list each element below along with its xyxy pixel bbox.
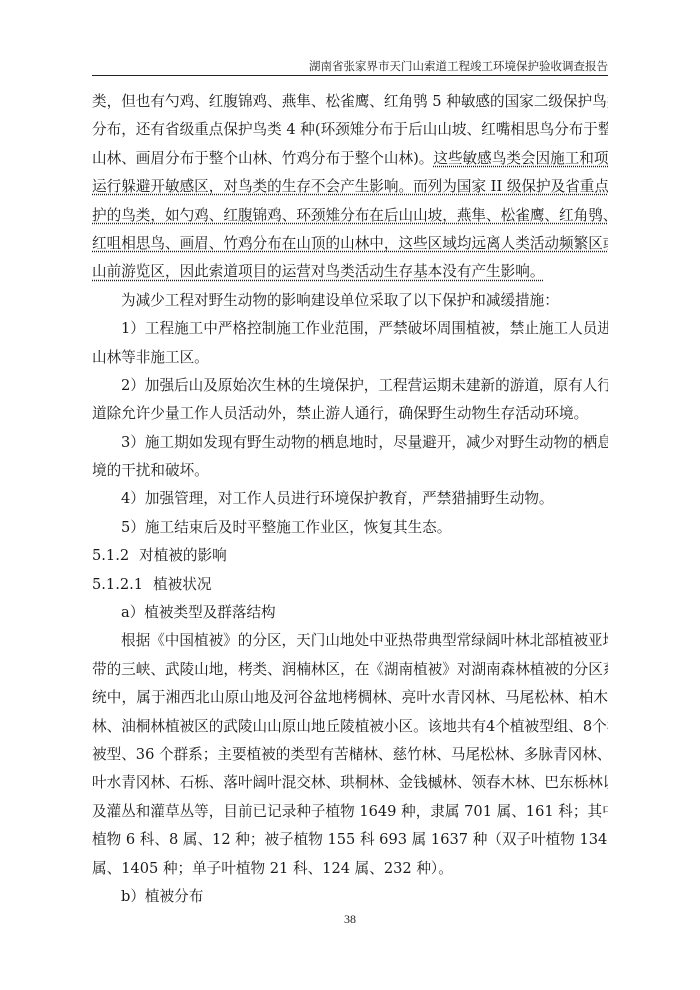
underlined-text: 护的鸟类，如勺鸡、红腹锦鸡、环颈雉分布在后山山坡，燕隼、松雀鹰、红角鸮、 <box>92 207 608 224</box>
running-header: 湖南省张家界市天门山索道工程竣工环境保护验收调查报告 <box>92 59 608 76</box>
body-text: 类，但也有勺鸡、红腹锦鸡、燕隼、松雀鹰、红角鸮 5 种敏感的国家二级保护鸟类 分… <box>92 88 608 911</box>
paragraph-line: 带的三峡、武陵山地，栲类、润楠林区，在《湖南植被》对湖南森林植被的分区系 <box>92 656 608 684</box>
paragraph-text: 山林、画眉分布于整个山林、竹鸡分布于整个山林)。 <box>92 150 433 167</box>
section-number: 5.1.2 <box>92 542 129 570</box>
paragraph-line: 叶水青冈林、石栎、落叶阔叶混交林、珙桐林、金钱槭林、领春木林、巴东栎林以 <box>92 769 608 797</box>
paragraph-line: 红咀相思鸟、画眉、竹鸡分布在山顶的山林中，这些区域均远离人类活动频繁区或 <box>92 230 608 258</box>
subheading-a: a）植被类型及群落结构 <box>92 599 608 627</box>
paragraph-line: 属、1405 种；单子叶植物 21 科、124 属、232 种）。 <box>92 855 608 883</box>
measures-intro: 为减少工程对野生动物的影响建设单位采取了以下保护和减缓措施： <box>92 287 608 315</box>
paragraph-line: 运行躲避开敏感区，对鸟类的生存不会产生影响。而列为国家 II 级保护及省重点保 <box>92 173 608 201</box>
paragraph-line: 植物 6 科、8 属、12 种；被子植物 155 科 693 属 1637 种（… <box>92 826 608 854</box>
measure-item-3: 3）施工期如发现有野生动物的栖息地时，尽量避开，减少对野生动物的栖息环 <box>92 429 608 457</box>
page-number: 38 <box>0 912 700 927</box>
section-number: 5.1.2.1 <box>92 571 143 599</box>
measure-item-3-cont: 境的干扰和破坏。 <box>92 457 608 485</box>
paragraph-line: 分布，还有省级重点保护鸟类 4 种(环颈雉分布于后山山坡、红嘴相思鸟分布于整个 <box>92 116 608 144</box>
document-page: 湖南省张家界市天门山索道工程竣工环境保护验收调查报告 类，但也有勺鸡、红腹锦鸡、… <box>0 0 700 990</box>
underlined-text: 山前游览区，因此索道项目的运营对鸟类活动生存基本没有产生影响。 <box>92 263 544 280</box>
paragraph-line: 山林、画眉分布于整个山林、竹鸡分布于整个山林)。这些敏感鸟类会因施工和项目 <box>92 145 608 173</box>
report-title: 湖南省张家界市天门山索道工程竣工环境保护验收调查报告 <box>309 59 608 73</box>
paragraph-line: 类，但也有勺鸡、红腹锦鸡、燕隼、松雀鹰、红角鸮 5 种敏感的国家二级保护鸟类 <box>92 88 608 116</box>
section-title: 对植被的影响 <box>139 547 227 564</box>
measure-item-1-cont: 山林等非施工区。 <box>92 344 608 372</box>
section-heading-5-1-2-1: 5.1.2.1植被状况 <box>92 571 608 599</box>
paragraph-line: 被型、36 个群系；主要植被的类型有苦槠林、慈竹林、马尾松林、多脉青冈林、亮 <box>92 741 608 769</box>
measure-item-1: 1）工程施工中严格控制施工作业范围，严禁破坏周围植被，禁止施工人员进入 <box>92 315 608 343</box>
paragraph-line: 护的鸟类，如勺鸡、红腹锦鸡、环颈雉分布在后山山坡，燕隼、松雀鹰、红角鸮、 <box>92 202 608 230</box>
measure-item-4: 4）加强管理，对工作人员进行环境保护教育，严禁猎捕野生动物。 <box>92 485 608 513</box>
underlined-text: 红咀相思鸟、画眉、竹鸡分布在山顶的山林中，这些区域均远离人类活动频繁区或 <box>92 235 608 252</box>
paragraph-line: 山前游览区，因此索道项目的运营对鸟类活动生存基本没有产生影响。 <box>92 258 608 286</box>
measure-item-5: 5）施工结束后及时平整施工作业区，恢复其生态。 <box>92 514 608 542</box>
measure-item-2-cont: 道除允许少量工作人员活动外，禁止游人通行，确保野生动物生存活动环境。 <box>92 400 608 428</box>
paragraph-line: 根据《中国植被》的分区，天门山地处中亚热带典型常绿阔叶林北部植被亚地 <box>92 627 608 655</box>
section-title: 植被状况 <box>153 576 211 593</box>
measure-item-2: 2）加强后山及原始次生林的生境保护，工程营运期未建新的游道，原有人行通 <box>92 372 608 400</box>
paragraph-line: 及灌丛和灌草丛等，目前已记录种子植物 1649 种，隶属 701 属、161 科… <box>92 798 608 826</box>
underlined-text: 运行躲避开敏感区，对鸟类的生存不会产生影响。而列为国家 II 级保护及省重点保 <box>92 178 608 195</box>
section-heading-5-1-2: 5.1.2对植被的影响 <box>92 542 608 570</box>
subheading-b: b）植被分布 <box>92 883 608 911</box>
paragraph-line: 统中，属于湘西北山原山地及河谷盆地栲椆林、亮叶水青冈林、马尾松林、柏木 <box>92 684 608 712</box>
paragraph-line: 林、油桐林植被区的武陵山山原山地丘陵植被小区。该地共有4个植被型组、8个植 <box>92 713 608 741</box>
underlined-text: 这些敏感鸟类会因施工和项目 <box>433 150 608 167</box>
